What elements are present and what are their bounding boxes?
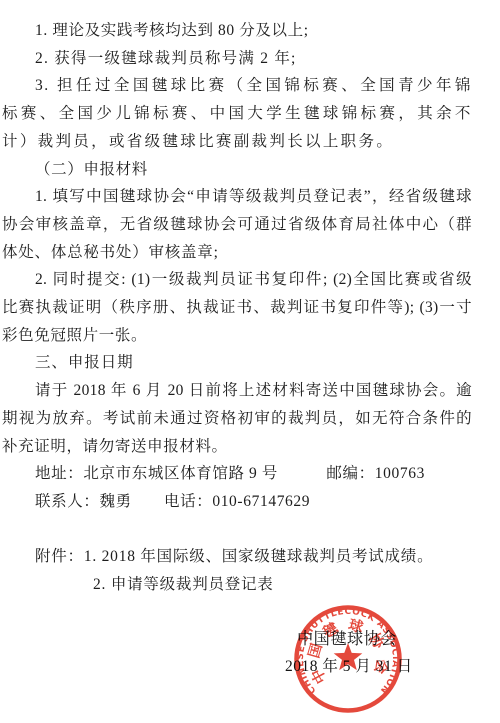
document-line: 联系人：魏勇 电话：010-67147629	[2, 488, 472, 516]
document-line: 比赛执裁证明（秩序册、执裁证书、裁判证书复印件等); (3)一寸	[2, 294, 472, 322]
document-line: 体处、体总秘书处）审核盖章;	[2, 239, 472, 267]
document-line: 地址：北京市东城区体育馆路 9 号 邮编：100763	[2, 460, 472, 488]
document-line: 补充证明，请勿寄送申报材料。	[2, 433, 472, 461]
document-line: 附件：1. 2018 年国际级、国家级毽球裁判员考试成绩。	[2, 543, 472, 571]
document-line: 计）裁判员，或省级毽球比赛副裁判长以上职务。	[2, 128, 472, 156]
document-line: 三、申报日期	[2, 349, 472, 377]
document-line: （二）申报材料	[2, 156, 472, 184]
document-page: 1. 理论及实践考核均达到 80 分及以上;2. 获得一级毽球裁判员称号满 2 …	[0, 0, 500, 723]
document-line: 2. 同时提交: (1)一级裁判员证书复印件; (2)全国比赛或省级	[2, 266, 472, 294]
document-line: 请于 2018 年 6 月 20 日前将上述材料寄送中国毽球协会。逾	[2, 377, 472, 405]
document-line: 协会审核盖章，无省级毽球协会可通过省级体育局社体中心（群	[2, 211, 472, 239]
document-line: 1. 填写中国毽球协会“申请等级裁判员登记表”，经省级毽球	[2, 183, 472, 211]
document-line: 3. 担任过全国毽球比赛（全国锦标赛、全国青少年锦	[2, 72, 472, 100]
document-line: 彩色免冠照片一张。	[2, 322, 472, 350]
document-line: 标赛、全国少儿锦标赛、中国大学生毽球锦标赛，其余不	[2, 100, 472, 128]
document-line: 2. 获得一级毽球裁判员称号满 2 年;	[2, 45, 472, 73]
document-line: 1. 理论及实践考核均达到 80 分及以上;	[2, 17, 472, 45]
stamp-star-icon	[334, 643, 363, 670]
document-line	[2, 516, 472, 544]
association-stamp: CHINESE SHUTTLECOCK ASSOCIATION 中国毽球协会	[283, 594, 413, 723]
document-body: 1. 理论及实践考核均达到 80 分及以上;2. 获得一级毽球裁判员称号满 2 …	[0, 0, 500, 599]
document-line: 期视为放弃。考试前未通过资格初审的裁判员，如无符合条件的	[2, 405, 472, 433]
